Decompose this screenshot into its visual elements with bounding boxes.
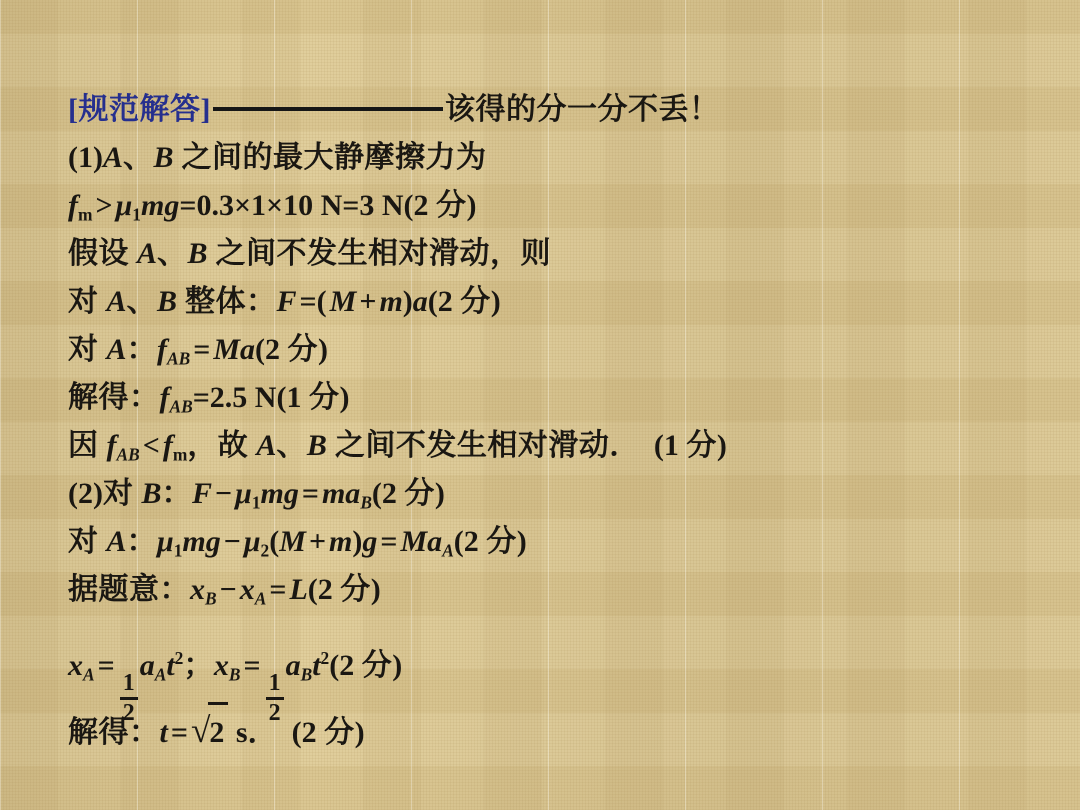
score-unit: 分 xyxy=(486,525,517,558)
var-t: t xyxy=(312,649,320,682)
text: 对 xyxy=(68,525,107,558)
solution-line-7: 因 fAB<fm，故 A、B 之间不发生相对滑动．(1 分) xyxy=(68,422,1018,470)
op-eq: = xyxy=(302,477,319,510)
op-plus: + xyxy=(309,525,326,558)
var-mu: μ xyxy=(235,477,252,510)
step-number: (2) xyxy=(68,477,103,510)
op-eq: = xyxy=(98,649,115,682)
score-open: (2 xyxy=(454,525,487,558)
score-unit: 分 xyxy=(436,189,467,222)
text: ，故 xyxy=(187,429,256,462)
semicolon: ； xyxy=(183,649,214,682)
sub-1: 1 xyxy=(132,205,141,225)
paren: ) xyxy=(339,381,349,414)
paren: ) xyxy=(435,477,445,510)
op-eq: = xyxy=(193,333,210,366)
score-unit: 分 xyxy=(288,333,319,366)
var-B: B xyxy=(188,237,208,270)
var-B: B xyxy=(154,141,174,174)
var-x: x xyxy=(190,573,205,606)
solution-line-2: fm>μ1mg=0.3×1×10 N=3 N(2 分) xyxy=(68,182,1018,230)
op-plus: + xyxy=(359,285,376,318)
paren: ) xyxy=(467,189,477,222)
header-rule xyxy=(213,107,443,111)
var-mu: μ xyxy=(116,189,133,222)
op-eq-paren: =( xyxy=(300,285,327,318)
var-L: L xyxy=(289,573,307,606)
paren: ) xyxy=(403,285,413,318)
text: 对 xyxy=(68,285,107,318)
score-unit: 分 xyxy=(309,381,340,414)
sub-A: A xyxy=(442,541,454,561)
fraction-numerator: 1 xyxy=(120,671,138,700)
var-M: M xyxy=(279,525,306,558)
var-x: x xyxy=(240,573,255,606)
square-root: √2 xyxy=(191,702,228,761)
text: 之间不发生相对滑动，则 xyxy=(208,237,552,270)
sub-2: 2 xyxy=(261,541,270,561)
var-Ma: Ma xyxy=(401,525,443,558)
var-m: m xyxy=(379,285,402,318)
solution-line-10: 据题意：xB−xA=L(2 分) xyxy=(68,566,1018,614)
var-mg: mg xyxy=(261,477,299,510)
paren: ) xyxy=(491,285,501,318)
var-A: A xyxy=(137,237,157,270)
var-a: a xyxy=(140,649,155,682)
text: 因 xyxy=(68,429,107,462)
sub-AB: AB xyxy=(167,349,190,369)
var-A: A xyxy=(107,285,127,318)
score-open: (2 xyxy=(308,573,341,606)
op-minus: − xyxy=(215,477,232,510)
solution-line-5: 对 A：fAB=Ma(2 分) xyxy=(68,326,1018,374)
step-number: (1) xyxy=(68,141,103,174)
op-eq: = xyxy=(269,573,286,606)
score-unit: 分 xyxy=(340,573,371,606)
value-text: =2.5 N(1 xyxy=(193,381,309,414)
var-mg: mg xyxy=(141,189,179,222)
score-unit: 分 xyxy=(686,429,717,462)
solution-content: [规范解答]该得的分一分不丢！ (1)A、B 之间的最大静摩擦力为 fm>μ1m… xyxy=(68,86,1018,758)
op-eq: = xyxy=(171,716,188,749)
text: 解得： xyxy=(68,381,160,414)
score-open: (2 xyxy=(255,333,288,366)
var-f: f xyxy=(68,189,78,222)
score-unit: 分 xyxy=(362,649,393,682)
colon: ： xyxy=(162,477,193,510)
var-A: A xyxy=(107,525,127,558)
sub-AB: AB xyxy=(170,397,193,417)
var-B: B xyxy=(141,477,161,510)
var-x: x xyxy=(214,649,229,682)
solution-line-12: 解得：t=√2 s．(2 分) xyxy=(68,702,1018,758)
var-x: x xyxy=(68,649,83,682)
text: 之间的最大静摩擦力为 xyxy=(174,141,487,174)
solution-line-8: (2)对 B：F−μ1mg=maB(2 分) xyxy=(68,470,1018,518)
score-unit: 分 xyxy=(404,477,435,510)
text: 整体： xyxy=(177,285,277,318)
solution-line-11: xA=12aAt2；xB=12aBt2(2 分) xyxy=(68,614,1018,702)
var-f: f xyxy=(163,429,173,462)
var-f: f xyxy=(157,333,167,366)
text: 对 xyxy=(103,477,142,510)
sub-A: A xyxy=(155,664,167,684)
sub-A: A xyxy=(83,664,95,684)
var-Ma: Ma xyxy=(213,333,255,366)
fraction-numerator: 1 xyxy=(266,671,284,700)
var-F: F xyxy=(192,477,212,510)
value-text: =0.3×1×10 N=3 N(2 xyxy=(179,189,436,222)
score-open: (2 xyxy=(329,649,362,682)
var-g: g xyxy=(362,525,377,558)
var-F: F xyxy=(277,285,297,318)
var-t: t xyxy=(166,649,174,682)
score-unit: 分 xyxy=(460,285,491,318)
var-mu: μ xyxy=(244,525,261,558)
sub-AB: AB xyxy=(117,445,140,465)
radicand: 2 xyxy=(208,702,228,761)
paren: ) xyxy=(717,429,727,462)
var-mg: mg xyxy=(182,525,220,558)
header-line: [规范解答]该得的分一分不丢！ xyxy=(68,86,1018,134)
header-bracket-label: [规范解答] xyxy=(68,93,211,126)
punct: 、 xyxy=(123,141,154,174)
punct: 、 xyxy=(276,429,307,462)
var-mu: μ xyxy=(157,525,174,558)
solution-line-9: 对 A：μ1mg−μ2(M+m)g=MaA(2 分) xyxy=(68,518,1018,566)
paren: ( xyxy=(269,525,279,558)
var-A: A xyxy=(256,429,276,462)
solution-line-1: (1)A、B 之间的最大静摩擦力为 xyxy=(68,134,1018,182)
paren: ) xyxy=(371,573,381,606)
colon: ： xyxy=(127,333,158,366)
text: 假设 xyxy=(68,237,137,270)
paren: ) xyxy=(517,525,527,558)
score-unit: 分 xyxy=(324,716,355,749)
slide-background-texture: [规范解答]该得的分一分不丢！ (1)A、B 之间的最大静摩擦力为 fm>μ1m… xyxy=(0,0,1080,810)
text: 对 xyxy=(68,333,107,366)
text: 之间不发生相对滑动． xyxy=(327,429,640,462)
paren: ) xyxy=(318,333,328,366)
colon: ： xyxy=(127,525,158,558)
score-open: (1 xyxy=(654,429,687,462)
var-A: A xyxy=(103,141,123,174)
paren: ) xyxy=(352,525,362,558)
op-gt: > xyxy=(96,189,113,222)
var-f: f xyxy=(160,381,170,414)
var-a: a xyxy=(286,649,301,682)
solution-line-3: 假设 A、B 之间不发生相对滑动，则 xyxy=(68,230,1018,278)
sub-B: B xyxy=(229,664,241,684)
sub-A: A xyxy=(255,589,267,609)
var-A: A xyxy=(107,333,127,366)
op-eq: = xyxy=(243,649,260,682)
var-f: f xyxy=(107,429,117,462)
header-tagline: 该得的分一分不丢！ xyxy=(445,93,720,126)
text: 据题意： xyxy=(68,573,190,606)
text: 解得： xyxy=(68,716,160,749)
sub-1: 1 xyxy=(252,493,261,513)
op-minus: − xyxy=(224,525,241,558)
radical-icon: √ xyxy=(191,710,208,750)
var-m: m xyxy=(329,525,352,558)
punct: 、 xyxy=(127,285,158,318)
var-t: t xyxy=(160,716,168,749)
sub-m: m xyxy=(78,205,93,225)
solution-line-6: 解得：fAB=2.5 N(1 分) xyxy=(68,374,1018,422)
score-open: (2 xyxy=(372,477,405,510)
score-open: (2 xyxy=(428,285,461,318)
solution-line-4: 对 A、B 整体：F=(M+m)a(2 分) xyxy=(68,278,1018,326)
op-eq: = xyxy=(380,525,397,558)
paren: ) xyxy=(392,649,402,682)
var-B: B xyxy=(307,429,327,462)
var-ma: ma xyxy=(322,477,360,510)
sub-B: B xyxy=(205,589,217,609)
sub-m: m xyxy=(173,445,188,465)
score-open: (2 xyxy=(292,716,325,749)
sub-B: B xyxy=(301,664,313,684)
unit-text: s． xyxy=(228,716,277,749)
paren: ) xyxy=(355,716,365,749)
op-lt: < xyxy=(143,429,160,462)
sub-B: B xyxy=(360,493,372,513)
var-B: B xyxy=(157,285,177,318)
op-minus: − xyxy=(220,573,237,606)
sup-2: 2 xyxy=(321,648,330,668)
punct: 、 xyxy=(157,237,188,270)
var-M: M xyxy=(330,285,357,318)
var-a: a xyxy=(413,285,428,318)
